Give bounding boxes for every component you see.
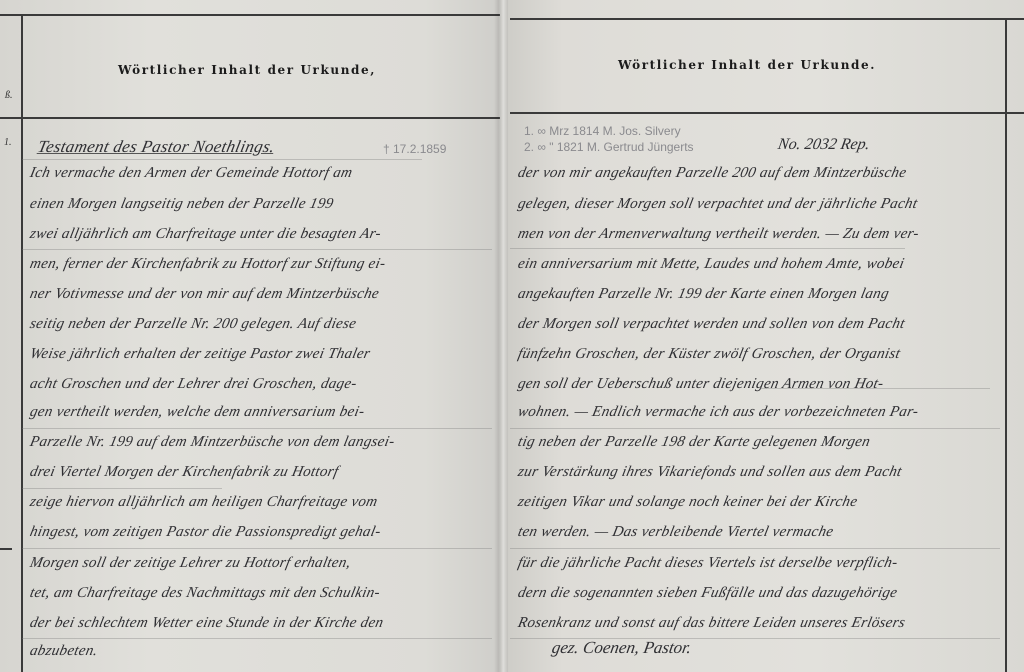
text-line: gen soll der Ueberschuß unter diejenigen… bbox=[516, 376, 1006, 393]
margin-note-1: 1. bbox=[4, 137, 12, 148]
text-line: seitig neben der Parzelle Nr. 200 gelege… bbox=[28, 316, 492, 333]
register-spread: ß. 1. Wörtlicher Inhalt der Urkunde, Tes… bbox=[0, 0, 1024, 672]
text-line: der von mir angekauften Parzelle 200 auf… bbox=[516, 165, 1006, 182]
ruled-line bbox=[510, 548, 1000, 549]
text-line: zwei alljährlich am Charfreitage unter d… bbox=[28, 226, 492, 243]
text-line: Ich vermache den Armen der Gemeinde Hott… bbox=[28, 165, 492, 182]
header-rule bbox=[510, 112, 1024, 114]
text-line: gelegen, dieser Morgen soll verpachtet u… bbox=[516, 196, 1006, 213]
text-line: zur Verstärkung ihres Vikariefonds und s… bbox=[516, 464, 1006, 481]
text-line: Morgen soll der zeitige Lehrer zu Hottor… bbox=[28, 555, 492, 572]
text-line: zeige hiervon alljährlich am heiligen Ch… bbox=[28, 494, 492, 511]
left-page: ß. 1. Wörtlicher Inhalt der Urkunde, Tes… bbox=[0, 0, 500, 672]
text-line: gen vertheilt werden, welche dem anniver… bbox=[28, 404, 492, 421]
text-line: tig neben der Parzelle 198 der Karte gel… bbox=[516, 434, 1006, 451]
text-line: ein anniversarium mit Mette, Laudes und … bbox=[516, 256, 1006, 273]
text-line: wohnen. — Endlich vermache ich aus der v… bbox=[516, 404, 1006, 421]
ruled-line bbox=[22, 428, 492, 429]
book-gutter bbox=[494, 0, 508, 672]
top-rule bbox=[510, 18, 1024, 20]
text-line: drei Viertel Morgen der Kirchenfabrik zu… bbox=[28, 464, 492, 481]
text-line: dern die sogenannten sieben Fußfälle und… bbox=[516, 585, 1006, 602]
text-line: Weise jährlich erhalten der zeitige Past… bbox=[28, 346, 492, 363]
text-line: der Morgen soll verpachtet werden und so… bbox=[516, 316, 1006, 333]
page-header-left: Wörtlicher Inhalt der Urkunde, bbox=[118, 63, 376, 77]
text-line: ner Votivmesse und der von mir auf dem M… bbox=[28, 286, 492, 303]
right-page: Wörtlicher Inhalt der Urkunde. 1. ∞ Mrz … bbox=[500, 0, 1024, 672]
header-rule bbox=[0, 117, 500, 119]
ruled-line bbox=[22, 548, 492, 549]
margin-header-fragment: ß. bbox=[5, 90, 13, 101]
text-line: Parzelle Nr. 199 auf dem Mintzerbüsche v… bbox=[28, 434, 492, 451]
text-line: Rosenkranz und sonst auf das bittere Lei… bbox=[516, 615, 1006, 632]
margin-tick bbox=[0, 548, 12, 550]
text-line: tet, am Charfreitage des Nachmittags mit… bbox=[28, 585, 492, 602]
signature: gez. Coenen, Pastor. bbox=[550, 638, 693, 658]
text-line: men von der Armenverwaltung vertheilt we… bbox=[516, 226, 1006, 243]
document-title: Testament des Pastor Noethlings. bbox=[36, 137, 380, 157]
ruled-line bbox=[510, 428, 1000, 429]
death-date-annotation: † 17.2.1859 bbox=[383, 142, 446, 156]
title-underline bbox=[22, 159, 422, 160]
text-line: einen Morgen langseitig neben der Parzel… bbox=[28, 196, 492, 213]
text-line: zeitigen Vikar und solange noch keiner b… bbox=[516, 494, 1006, 511]
ruled-line bbox=[760, 388, 990, 389]
text-line: für die jährliche Pacht dieses Viertels … bbox=[516, 555, 1006, 572]
text-line: hingest, vom zeitigen Pastor die Passion… bbox=[28, 524, 492, 541]
page-header-right: Wörtlicher Inhalt der Urkunde. bbox=[618, 58, 876, 72]
document-number: No. 2032 Rep. bbox=[776, 136, 871, 154]
text-line: acht Groschen und der Lehrer drei Grosch… bbox=[28, 376, 492, 393]
top-rule bbox=[0, 14, 500, 16]
text-line: abzubeten. bbox=[28, 643, 192, 660]
ruled-line bbox=[22, 638, 492, 639]
text-line: angekauften Parzelle Nr. 199 der Karte e… bbox=[516, 286, 1006, 303]
text-line: ten werden. — Das verbleibende Viertel v… bbox=[516, 524, 1006, 541]
text-line: der bei schlechtem Wetter eine Stunde in… bbox=[28, 615, 492, 632]
text-line: fünfzehn Groschen, der Küster zwölf Gros… bbox=[516, 346, 1006, 363]
margin-rule bbox=[21, 14, 23, 672]
text-line: men, ferner der Kirchenfabrik zu Hottorf… bbox=[28, 256, 492, 273]
ruled-line bbox=[22, 249, 492, 250]
marriage-annotation-1: 1. ∞ Mrz 1814 M. Jos. Silvery bbox=[524, 124, 681, 138]
ruled-line bbox=[22, 488, 222, 489]
ruled-line bbox=[510, 248, 905, 249]
marriage-annotation-2: 2. ∞ " 1821 M. Gertrud Jüngerts bbox=[524, 140, 694, 154]
